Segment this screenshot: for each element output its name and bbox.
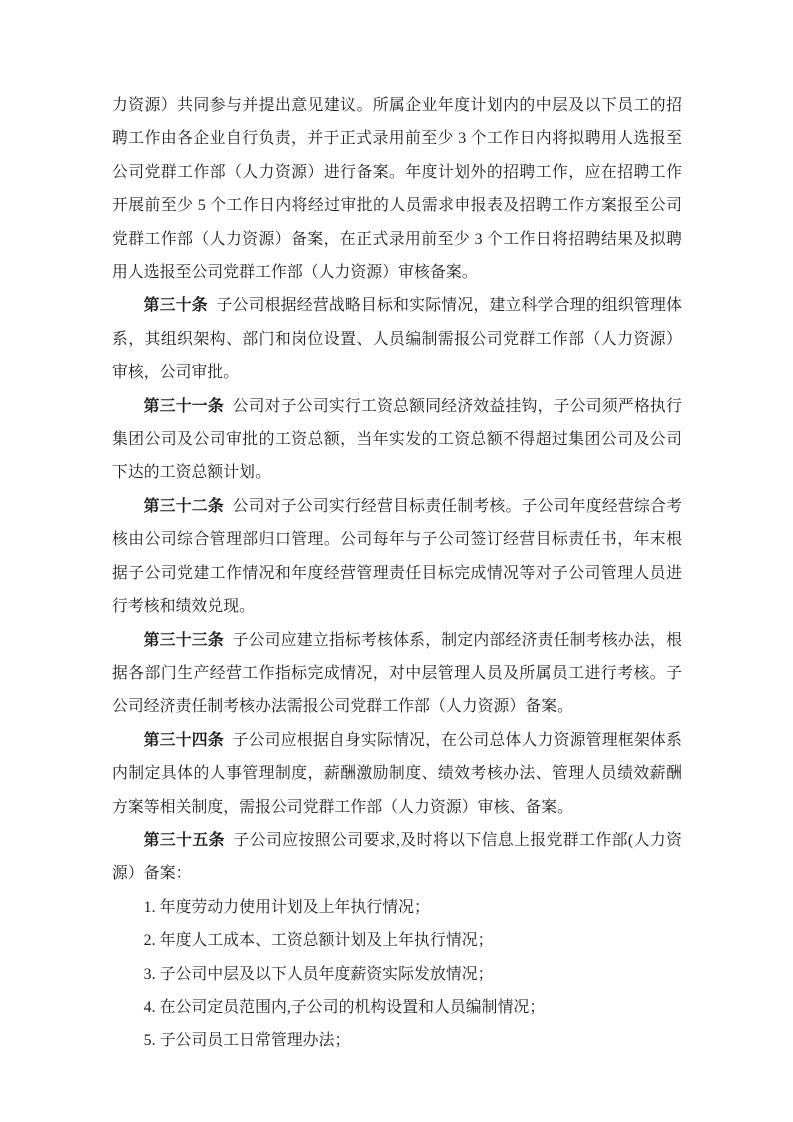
list-item: 3. 子公司中层及以下人员年度薪资实际发放情况； xyxy=(112,958,682,991)
list-item: 2. 年度人工成本、工资总额计划及上年执行情况； xyxy=(112,924,682,957)
article-number: 第三十三条 xyxy=(144,632,224,649)
paragraph-text: 公司对子公司实行经营目标责任制考核。子公司年度经营综合考核由公司综合管理部归口管… xyxy=(112,498,682,615)
article-number: 第三十二条 xyxy=(144,498,224,515)
document-body: 力资源）共同参与并提出意见建议。所属企业年度计划内的中层及以下员工的招聘工作由各… xyxy=(112,89,682,1058)
paragraph: 力资源）共同参与并提出意见建议。所属企业年度计划内的中层及以下员工的招聘工作由各… xyxy=(112,89,682,289)
list-item: 5. 子公司员工日常管理办法； xyxy=(112,1024,682,1057)
article-paragraph: 第三十一条公司对子公司实行工资总额同经济效益挂钩，子公司须严格执行集团公司及公司… xyxy=(112,390,682,490)
document-page: 力资源）共同参与并提出意见建议。所属企业年度计划内的中层及以下员工的招聘工作由各… xyxy=(0,0,793,1122)
article-paragraph: 第三十二条公司对子公司实行经营目标责任制考核。子公司年度经营综合考核由公司综合管… xyxy=(112,490,682,624)
paragraph-text: 1. 年度劳动力使用计划及上年执行情况； xyxy=(144,899,430,916)
paragraph-text: 4. 在公司定员范围内,子公司的机构设置和人员编制情况； xyxy=(144,999,546,1016)
article-number: 第三十五条 xyxy=(144,832,225,849)
article-number: 第三十条 xyxy=(144,297,208,314)
list-item: 4. 在公司定员范围内,子公司的机构设置和人员编制情况； xyxy=(112,991,682,1024)
list-item: 1. 年度劳动力使用计划及上年执行情况； xyxy=(112,891,682,924)
article-number: 第三十四条 xyxy=(144,732,224,749)
paragraph-text: 2. 年度人工成本、工资总额计划及上年执行情况； xyxy=(144,932,494,949)
paragraph-text: 5. 子公司员工日常管理办法； xyxy=(144,1032,351,1049)
article-paragraph: 第三十三条子公司应建立指标考核体系，制定内部经济责任制考核办法，根据各部门生产经… xyxy=(112,624,682,724)
article-paragraph: 第三十条子公司根据经营战略目标和实际情况，建立科学合理的组织管理体系，其组织架构… xyxy=(112,289,682,389)
article-number: 第三十一条 xyxy=(144,398,224,415)
article-paragraph: 第三十五条子公司应按照公司要求,及时将以下信息上报党群工作部(人力资源）备案： xyxy=(112,824,682,891)
article-paragraph: 第三十四条子公司应根据自身实际情况，在公司总体人力资源管理框架体系内制定具体的人… xyxy=(112,724,682,824)
paragraph-text: 3. 子公司中层及以下人员年度薪资实际发放情况； xyxy=(144,966,494,983)
paragraph-text: 力资源）共同参与并提出意见建议。所属企业年度计划内的中层及以下员工的招聘工作由各… xyxy=(112,97,682,281)
